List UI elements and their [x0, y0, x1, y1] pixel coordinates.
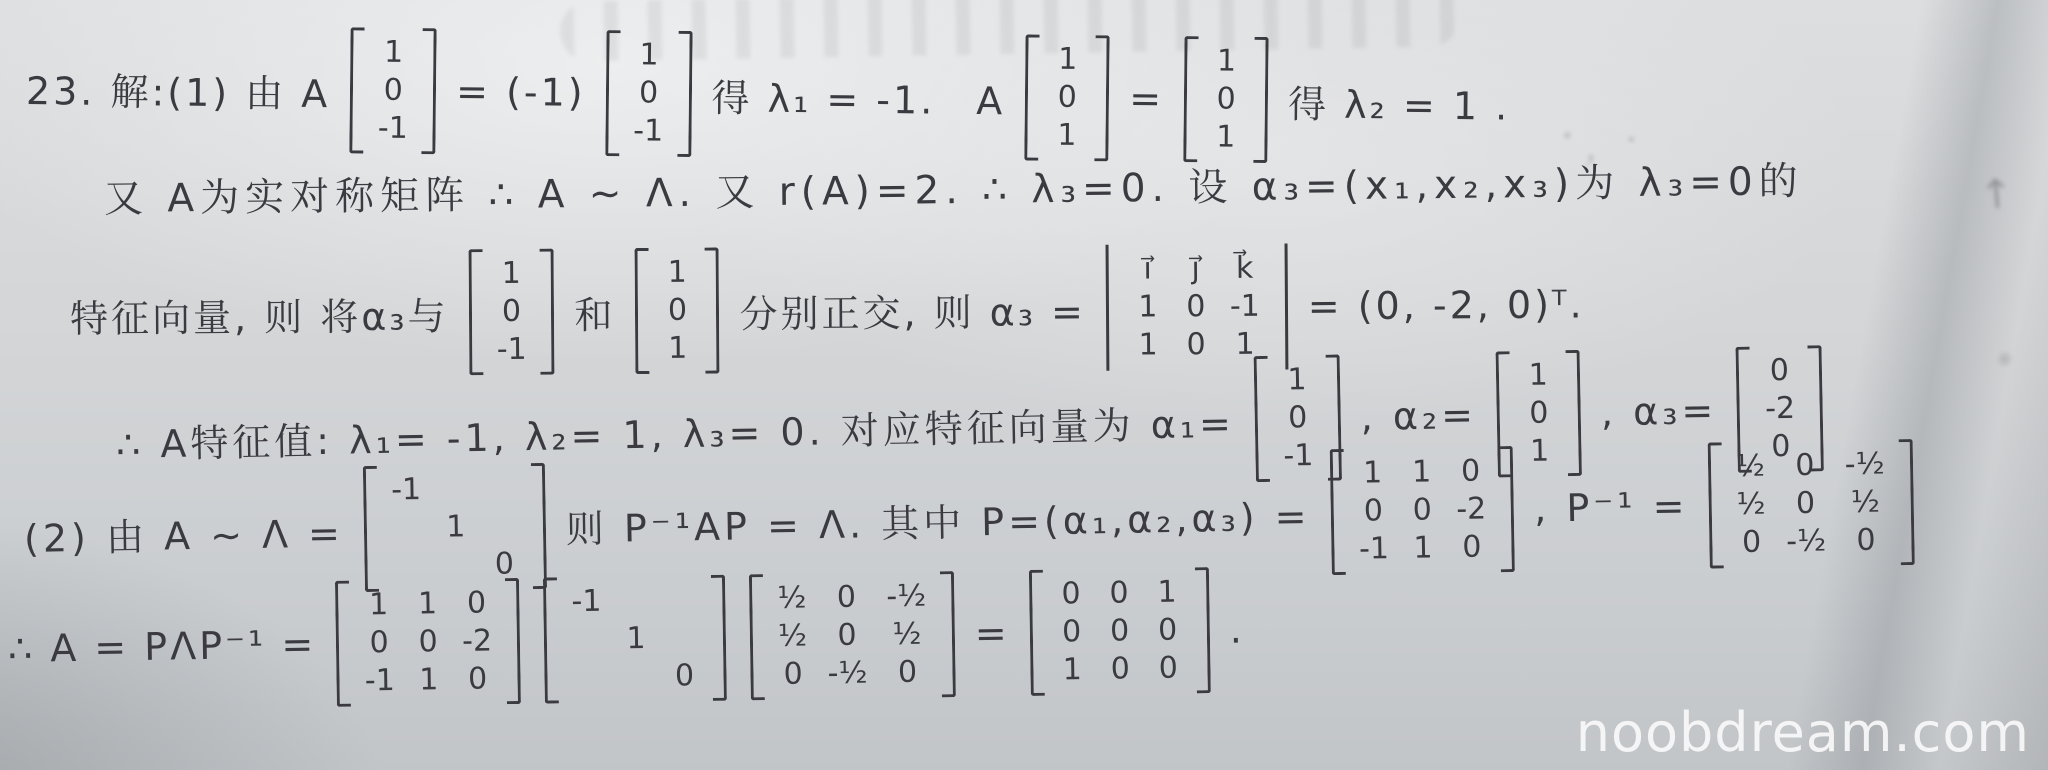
matrix-entry: 0 — [1095, 574, 1144, 613]
matrix-entry: 0 — [1143, 611, 1192, 650]
matrix-entry: 0 — [1727, 523, 1777, 562]
matrix: -110 — [543, 573, 727, 706]
matrix: ½0-½½0½0-½0 — [1707, 437, 1914, 571]
matrix-entry: 1 — [431, 508, 480, 547]
matrix-entry: 1 — [654, 330, 702, 368]
matrix-entry: 1 — [1044, 41, 1092, 80]
matrix-entry: 0 — [816, 578, 876, 617]
handwritten-text: = — [1129, 77, 1164, 121]
matrix-entry: 1 — [1399, 529, 1448, 568]
matrix-entry: -1 — [561, 583, 612, 622]
matrix-entry: -2 — [1755, 390, 1806, 429]
matrix-entry: 1 — [404, 661, 453, 700]
handwritten-text: 分别正交, 则 α₃ = — [739, 280, 1086, 337]
matrix-entry: ½ — [767, 579, 817, 618]
matrix-entry: -2 — [1446, 490, 1497, 529]
matrix-entry — [611, 582, 660, 621]
handwritten-text: . — [1229, 608, 1245, 652]
matrix-entry: -½ — [876, 577, 936, 616]
matrix: 101 — [1025, 32, 1110, 163]
matrix-entry: 0 — [768, 655, 818, 694]
matrix-entry: -½ — [1776, 522, 1837, 561]
matrix-entry: 0 — [452, 660, 503, 699]
matrix-entry: 0 — [404, 623, 453, 662]
matrix-entry: 1 — [353, 586, 404, 625]
handwritten-text: = — [974, 611, 1010, 656]
matrix-entry: 0 — [1447, 528, 1498, 567]
matrix-entry: 0 — [1047, 575, 1096, 614]
matrix-entry — [479, 507, 528, 546]
matrix-entry: 1 — [368, 34, 418, 73]
matrix: ½0-½½0½0-½0 — [749, 569, 956, 702]
solution-line-1: 23. 解:(1) 由 A10-1= (-1)10-1得 λ₁ = -1. A1… — [25, 22, 1511, 168]
matrix-entry: 1 — [1347, 454, 1398, 493]
handwritten-text: , α₃= — [1600, 388, 1717, 434]
matrix-entry: 0 — [660, 657, 709, 696]
matrix-entry: k⃗ — [1219, 250, 1269, 288]
matrix-entry: 0 — [1754, 352, 1805, 391]
matrix: 11000-2-110 — [1329, 444, 1515, 577]
matrix: 101 — [1183, 34, 1268, 165]
matrix-entry: 0 — [1445, 452, 1496, 491]
pen-stray-mark: ↖ — [1969, 165, 2024, 222]
matrix-entry: i⃗ — [1123, 250, 1171, 288]
paper-photo: ·﹐˙ ↖ ﹡ 23. 解:(1) 由 A10-1= (-1)10-1得 λ₁ … — [0, 0, 2048, 770]
matrix-entry: 0 — [486, 293, 536, 331]
matrix-entry: ½ — [1835, 483, 1896, 522]
handwritten-text: 则 P⁻¹AP = Λ. 其中 P=(α₁,α₂,α₃) = — [565, 485, 1311, 553]
handwritten-text: 23. 解:(1) 由 A — [26, 60, 331, 118]
matrix-entry: 0 — [653, 292, 701, 330]
matrix-entry: 1 — [1202, 118, 1250, 157]
matrix: 101 — [635, 245, 720, 376]
matrix: -110 — [363, 461, 547, 594]
matrix-entry: 0 — [1398, 491, 1447, 530]
matrix-entry: 1 — [1272, 361, 1323, 400]
matrix-entry: 0 — [1775, 484, 1836, 523]
matrix-entry — [562, 621, 613, 660]
matrix-entry: 1 — [1202, 42, 1250, 81]
matrix-entry: 0 — [451, 584, 502, 623]
matrix-entry: -2 — [452, 622, 503, 661]
handwritten-text: 得 λ₂ = 1 . — [1288, 73, 1511, 130]
matrix-entry: 0 — [1096, 650, 1145, 689]
matrix-entry — [382, 509, 433, 548]
matrix-entry: ½ — [1726, 485, 1776, 524]
matrix-entry: 1 — [1043, 117, 1091, 156]
matrix-entry: 0 — [1144, 649, 1193, 688]
matrix-entry — [431, 470, 480, 509]
matrix-entry: -1 — [623, 112, 673, 151]
matrix-entry: 0 — [1172, 288, 1220, 326]
matrix-entry — [479, 469, 528, 508]
solution-line-6: ∴ A = PΛP⁻¹ =11000-2-110-110½0-½½0½0-½0=… — [7, 565, 1246, 714]
matrix-entry: 0 — [1515, 394, 1564, 433]
matrix-entry: 0 — [1348, 492, 1399, 531]
matrix-entry: 1 — [624, 36, 674, 75]
matrix-entry: ½ — [877, 615, 937, 654]
matrix-entry: 1 — [612, 620, 661, 659]
handwritten-text: , α₂= — [1360, 393, 1477, 439]
matrix-entry: 0 — [1775, 446, 1836, 485]
handwritten-text: 又 A为实对称矩阵 ∴ A ∼ Λ. 又 r(A)=2. ∴ λ₃=0. 设 α… — [104, 150, 1804, 224]
matrix-entry: 1 — [1397, 453, 1446, 492]
matrix-entry: 0 — [1202, 80, 1250, 119]
handwritten-text: = (0, -2, 0)ᵀ. — [1308, 282, 1585, 328]
matrix-entry — [562, 659, 613, 698]
matrix-entry: 0 — [1043, 79, 1091, 118]
matrix-entry: 1 — [1048, 651, 1097, 690]
matrix-entry: ½ — [1725, 447, 1775, 486]
matrix-entry: 1 — [403, 585, 452, 624]
handwritten-text: ∴ A = PΛP⁻¹ = — [8, 622, 317, 671]
matrix: 10-1 — [605, 28, 692, 159]
matrix-entry: -1 — [381, 471, 432, 510]
matrix-entry: 0 — [1836, 521, 1897, 560]
matrix-entry: 1 — [653, 254, 701, 292]
matrix-entry: 0 — [623, 74, 673, 113]
matrix-entry: -1 — [1349, 530, 1400, 569]
matrix-entry: -½ — [1834, 445, 1895, 484]
matrix-entry: ½ — [768, 617, 818, 656]
matrix-entry: -1 — [1220, 288, 1270, 326]
matrix-entry: 0 — [1047, 613, 1096, 652]
matrix-entry — [659, 581, 708, 620]
matrix-entry: -1 — [368, 110, 418, 149]
matrix: 001000100 — [1029, 565, 1211, 698]
handwritten-text: , P⁻¹ = — [1534, 484, 1689, 531]
handwritten-text: = (-1) — [456, 70, 586, 115]
matrix-entry: -1 — [355, 662, 406, 701]
handwritten-text: 和 — [574, 284, 615, 339]
watermark: noobdream.com — [1576, 701, 2030, 764]
matrix-entry: -½ — [817, 654, 877, 693]
matrix-entry: 0 — [354, 624, 405, 663]
matrix: 10-1 — [468, 247, 555, 378]
solution-line-2: 又 A为实对称矩阵 ∴ A ∼ Λ. 又 r(A)=2. ∴ λ₃=0. 设 α… — [104, 150, 1804, 224]
matrix-entry — [660, 619, 709, 658]
matrix-entry: 0 — [1272, 399, 1323, 438]
handwritten-text: 得 λ₁ = -1. A — [711, 67, 1005, 125]
matrix: 11000-2-110 — [335, 576, 521, 709]
matrix-entry: 1 — [1143, 573, 1192, 612]
matrix-entry: 0 — [1095, 612, 1144, 651]
matrix: 10-1 — [350, 25, 437, 156]
matrix-entry — [612, 658, 661, 697]
matrix-entry: 0 — [877, 653, 937, 692]
matrix-entry: 0 — [368, 72, 418, 111]
pen-stray-mark: ﹡ — [1975, 324, 2035, 393]
matrix-entry: 1 — [486, 255, 536, 293]
matrix-entry: -1 — [487, 331, 537, 369]
matrix-entry: j⃗ — [1171, 250, 1219, 288]
matrix-entry: 0 — [817, 616, 877, 655]
matrix-entry: 1 — [1124, 288, 1172, 326]
handwritten-text: (2) 由 A ∼ Λ = — [24, 502, 345, 563]
matrix-entry: 1 — [1514, 356, 1563, 395]
handwritten-text: 特征向量, 则 将α₃与 — [70, 285, 449, 343]
